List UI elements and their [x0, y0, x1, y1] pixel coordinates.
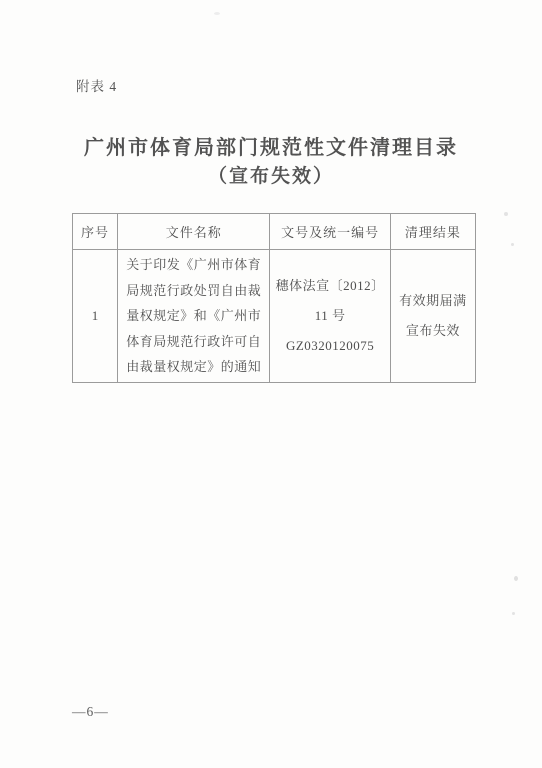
result-line: 有效期届满 — [395, 286, 471, 316]
document-subtitle: （宣布失效） — [0, 161, 542, 188]
page-number: —6— — [72, 704, 109, 720]
cell-doc-number: 穗体法宣〔2012〕11 号 GZ0320120075 — [270, 250, 390, 383]
scanned-document-page: 附表 4 广州市体育局部门规范性文件清理目录 （宣布失效） 序号 文件名称 文号… — [0, 0, 542, 768]
catalog-table: 序号 文件名称 文号及统一编号 清理结果 1 关于印发《广州市体育局规范行政处罚… — [72, 213, 476, 383]
header-cell-result: 清理结果 — [390, 214, 475, 250]
cell-serial-number: 1 — [73, 250, 118, 383]
scan-speck — [504, 212, 508, 216]
table-row: 1 关于印发《广州市体育局规范行政处罚自由裁量权规定》和《广州市体育局规范行政许… — [73, 250, 476, 383]
result-line: 宣布失效 — [395, 316, 471, 346]
table-header-row: 序号 文件名称 文号及统一编号 清理结果 — [73, 214, 476, 250]
appendix-table-label: 附表 4 — [76, 75, 117, 95]
header-cell-serial: 序号 — [73, 214, 118, 250]
header-cell-document-name: 文件名称 — [118, 214, 270, 250]
cell-clearance-result: 有效期届满 宣布失效 — [390, 250, 475, 383]
header-cell-doc-number: 文号及统一编号 — [270, 214, 390, 250]
scan-speck — [512, 612, 515, 615]
unified-number-line: GZ0320120075 — [274, 331, 385, 361]
cell-document-name: 关于印发《广州市体育局规范行政处罚自由裁量权规定》和《广州市体育局规范行政许可自… — [118, 250, 270, 383]
scan-speck — [514, 576, 518, 581]
document-title: 广州市体育局部门规范性文件清理目录 — [0, 131, 542, 160]
scan-speck — [511, 243, 514, 246]
scan-speck — [214, 12, 220, 15]
doc-number-line: 穗体法宣〔2012〕11 号 — [274, 271, 385, 331]
